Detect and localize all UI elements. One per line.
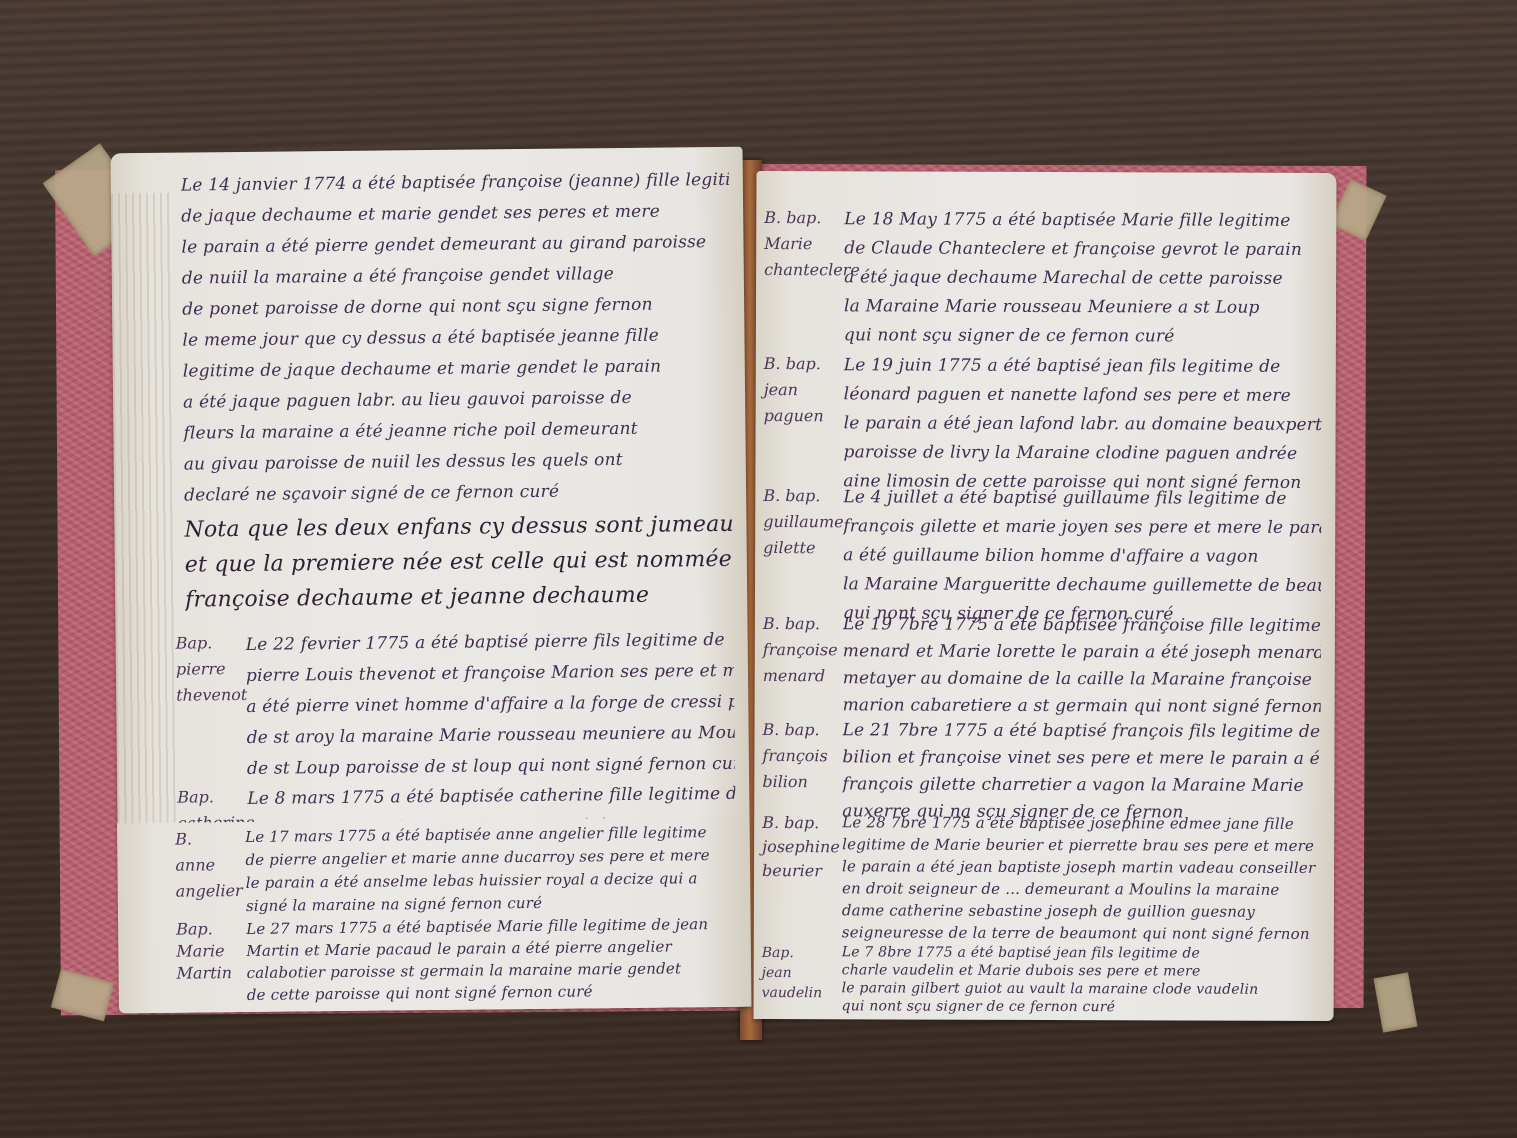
entry-text: Le 21 7bre 1775 a été baptisé françois f… [842,717,1320,827]
margin-note: Bap. Marie Martin [176,918,255,985]
entry-line: legitime de jaque dechaume et marie gend… [183,351,731,388]
entry-line: declaré ne sçavoir signé de ce fernon cu… [184,475,732,512]
margin-note: B. bap. jean paguen [764,351,842,429]
entry-line: paroisse de livry la Maraine clodine pag… [843,438,1321,469]
margin-line: jean [764,377,842,403]
entry-line: bilion et françoise vinet ses pere et me… [842,744,1320,773]
entry-line: de st aroy la maraine Marie rousseau meu… [246,718,734,754]
entry-line: de Claude Chanteclere et françoise gevro… [844,234,1322,265]
margin-line: Bap. [176,918,254,941]
register-entry: B. anne angelier Le 17 mars 1775 a été b… [117,821,745,828]
register-entry: Le 14 janvier 1774 a été baptisée franço… [111,165,743,172]
entry-line: la Maraine Marie rousseau Meuniere a st … [844,292,1322,323]
entry-line: Le 28 7bre 1775 a été baptisée josephine… [842,811,1320,835]
entry-text: Le 19 juin 1775 a été baptisé jean fils … [843,351,1322,498]
entry-line: Le 8 mars 1775 a été baptisée catherine … [247,779,735,815]
margin-line: Bap. [176,630,254,657]
margin-note: B. bap. guillaume gilette [763,483,841,561]
entry-line: françoise dechaume et jeanne dechaume [185,577,733,618]
entry-line: Le 21 7bre 1775 a été baptisé françois f… [842,717,1320,746]
margin-line: thevenot [176,682,254,709]
margin-line: guillaume [763,509,841,535]
entry-text: Le 4 juillet a été baptisé guillaume fil… [843,483,1322,630]
margin-line: beurier [762,859,840,883]
entry-line: Le 7 8bre 1775 a été baptisé jean fils l… [842,943,1320,963]
left-page-lower: B. anne angelier Le 17 mars 1775 a été b… [117,817,747,1014]
entry-text: Nota que les deux enfans cy dessus sont … [184,507,733,618]
entry-line: qui nont sçu signer de ce fernon curé [844,321,1322,352]
entry-line: legitime de Marie beurier et pierrette b… [842,833,1320,857]
entry-line: Le 22 fevrier 1775 a été baptisé pierre … [246,625,734,661]
entry-line: qui nont sçu signer de ce fernon curé [842,997,1320,1017]
margin-line: B. bap. [762,811,840,835]
margin-line: françois [762,743,840,769]
entry-line: Nota que les deux enfans cy dessus sont … [184,507,732,548]
margin-line: bilion [762,769,840,795]
margin-line: jean [762,963,840,983]
entry-line: a été jaque dechaume Marechal de cette p… [844,263,1322,294]
margin-line: Marie [176,940,254,963]
entry-line: le parain gilbert guiot au vault la mara… [842,979,1320,999]
entry-line: le parain a été jean lafond labr. au dom… [844,409,1322,440]
margin-line: anne [175,852,253,879]
margin-line: Marie [764,231,842,257]
margin-line: Bap. [177,784,255,811]
entry-line: le parain a été pierre gendet demeurant … [181,227,729,264]
margin-note: B. anne angelier [175,826,254,905]
margin-note: B. bap. françoise menard [763,611,841,689]
entry-text: Le 17 mars 1775 a été baptisée anne ange… [245,821,732,918]
margin-line: B. [175,826,253,853]
entry-line: dame catherine sebastine joseph de guill… [842,899,1320,923]
margin-line: Martin [176,962,254,985]
margin-line: vaudelin [762,983,840,1003]
margin-line: menard [763,663,841,689]
entry-text: Le 18 May 1775 a été baptisée Marie fill… [844,205,1323,352]
entry-line: Le 4 juillet a été baptisé guillaume fil… [843,483,1321,514]
entry-line: françois gilette et marie joyen ses pere… [843,512,1321,543]
margin-line: angelier [176,878,254,905]
entry-line: menard et Marie lorette le parain a été … [843,638,1321,667]
entry-line: léonard paguen et nanette lafond ses per… [844,380,1322,411]
margin-line: B. bap. [764,205,842,231]
entry-line: de cette paroisse qui nont signé fernon … [247,979,733,1006]
entry-line: la Maraine Margueritte dechaume guilleme… [843,570,1321,601]
entry-text: Le 22 fevrier 1775 a été baptisé pierre … [246,625,736,785]
margin-note: B. bap. françois bilion [762,717,840,795]
margin-note: B. bap. josephine beurier [762,811,840,883]
entry-line: françois gilette charretier a vagon la M… [842,771,1320,800]
margin-line: Bap. [762,943,840,963]
entry-text: Le 28 7bre 1775 a été baptisée josephine… [842,811,1320,945]
margin-line: françoise [763,637,841,663]
margin-line: pierre [176,656,254,683]
margin-line: B. bap. [763,483,841,509]
entry-line: Le 19 juin 1775 a été baptisé jean fils … [844,351,1322,382]
margin-line: josephine [762,835,840,859]
register-entry: Bap. pierre thevenot Le 22 fevrier 1775 … [116,625,748,632]
entry-line: pierre Louis thevenot et françoise Mario… [246,656,734,692]
right-page: B. bap. Marie chanteclere Le 18 May 1775… [754,171,1337,1021]
margin-line: chanteclere [764,257,842,283]
entry-line: charle vaudelin et Marie dubois ses pere… [842,961,1320,981]
margin-note: B. bap. Marie chanteclere [764,205,842,283]
entry-line: Le 19 7bre 1775 a été baptisée françoise… [843,611,1321,640]
margin-line: B. bap. [762,717,840,743]
entry-text: Le 27 mars 1775 a été baptisée Marie fil… [246,913,733,1006]
margin-note: Bap. pierre thevenot [176,630,255,709]
entry-text: Le 7 8bre 1775 a été baptisé jean fils l… [842,943,1320,1017]
register-entry: B. bap. Marie chanteclere Le 18 May 1775… [756,205,1336,207]
entry-line: a été guillaume bilion homme d'affaire a… [843,541,1321,572]
entry-line: et que la premiere née est celle qui est… [185,542,733,583]
margin-line: B. bap. [763,611,841,637]
margin-line: B. bap. [764,351,842,377]
entry-line: seigneuresse de la terre de beaumont qui… [842,921,1320,945]
entry-line: Le 18 May 1775 a été baptisée Marie fill… [844,205,1322,236]
margin-line: gilette [763,535,841,561]
entry-text: Le 14 janvier 1774 a été baptisée franço… [181,165,733,512]
entry-line: en droit seigneur de ... demeurant a Mou… [842,877,1320,901]
margin-note: Bap. jean vaudelin [762,943,840,1003]
entry-line: a été pierre vinet homme d'affaire a la … [246,687,734,723]
entry-line: metayer au domaine de la caille la Marai… [843,665,1321,694]
entry-line: le parain a été jean baptiste joseph mar… [842,855,1320,879]
entry-text: Le 19 7bre 1775 a été baptisée françoise… [843,611,1321,721]
margin-line: paguen [764,403,842,429]
